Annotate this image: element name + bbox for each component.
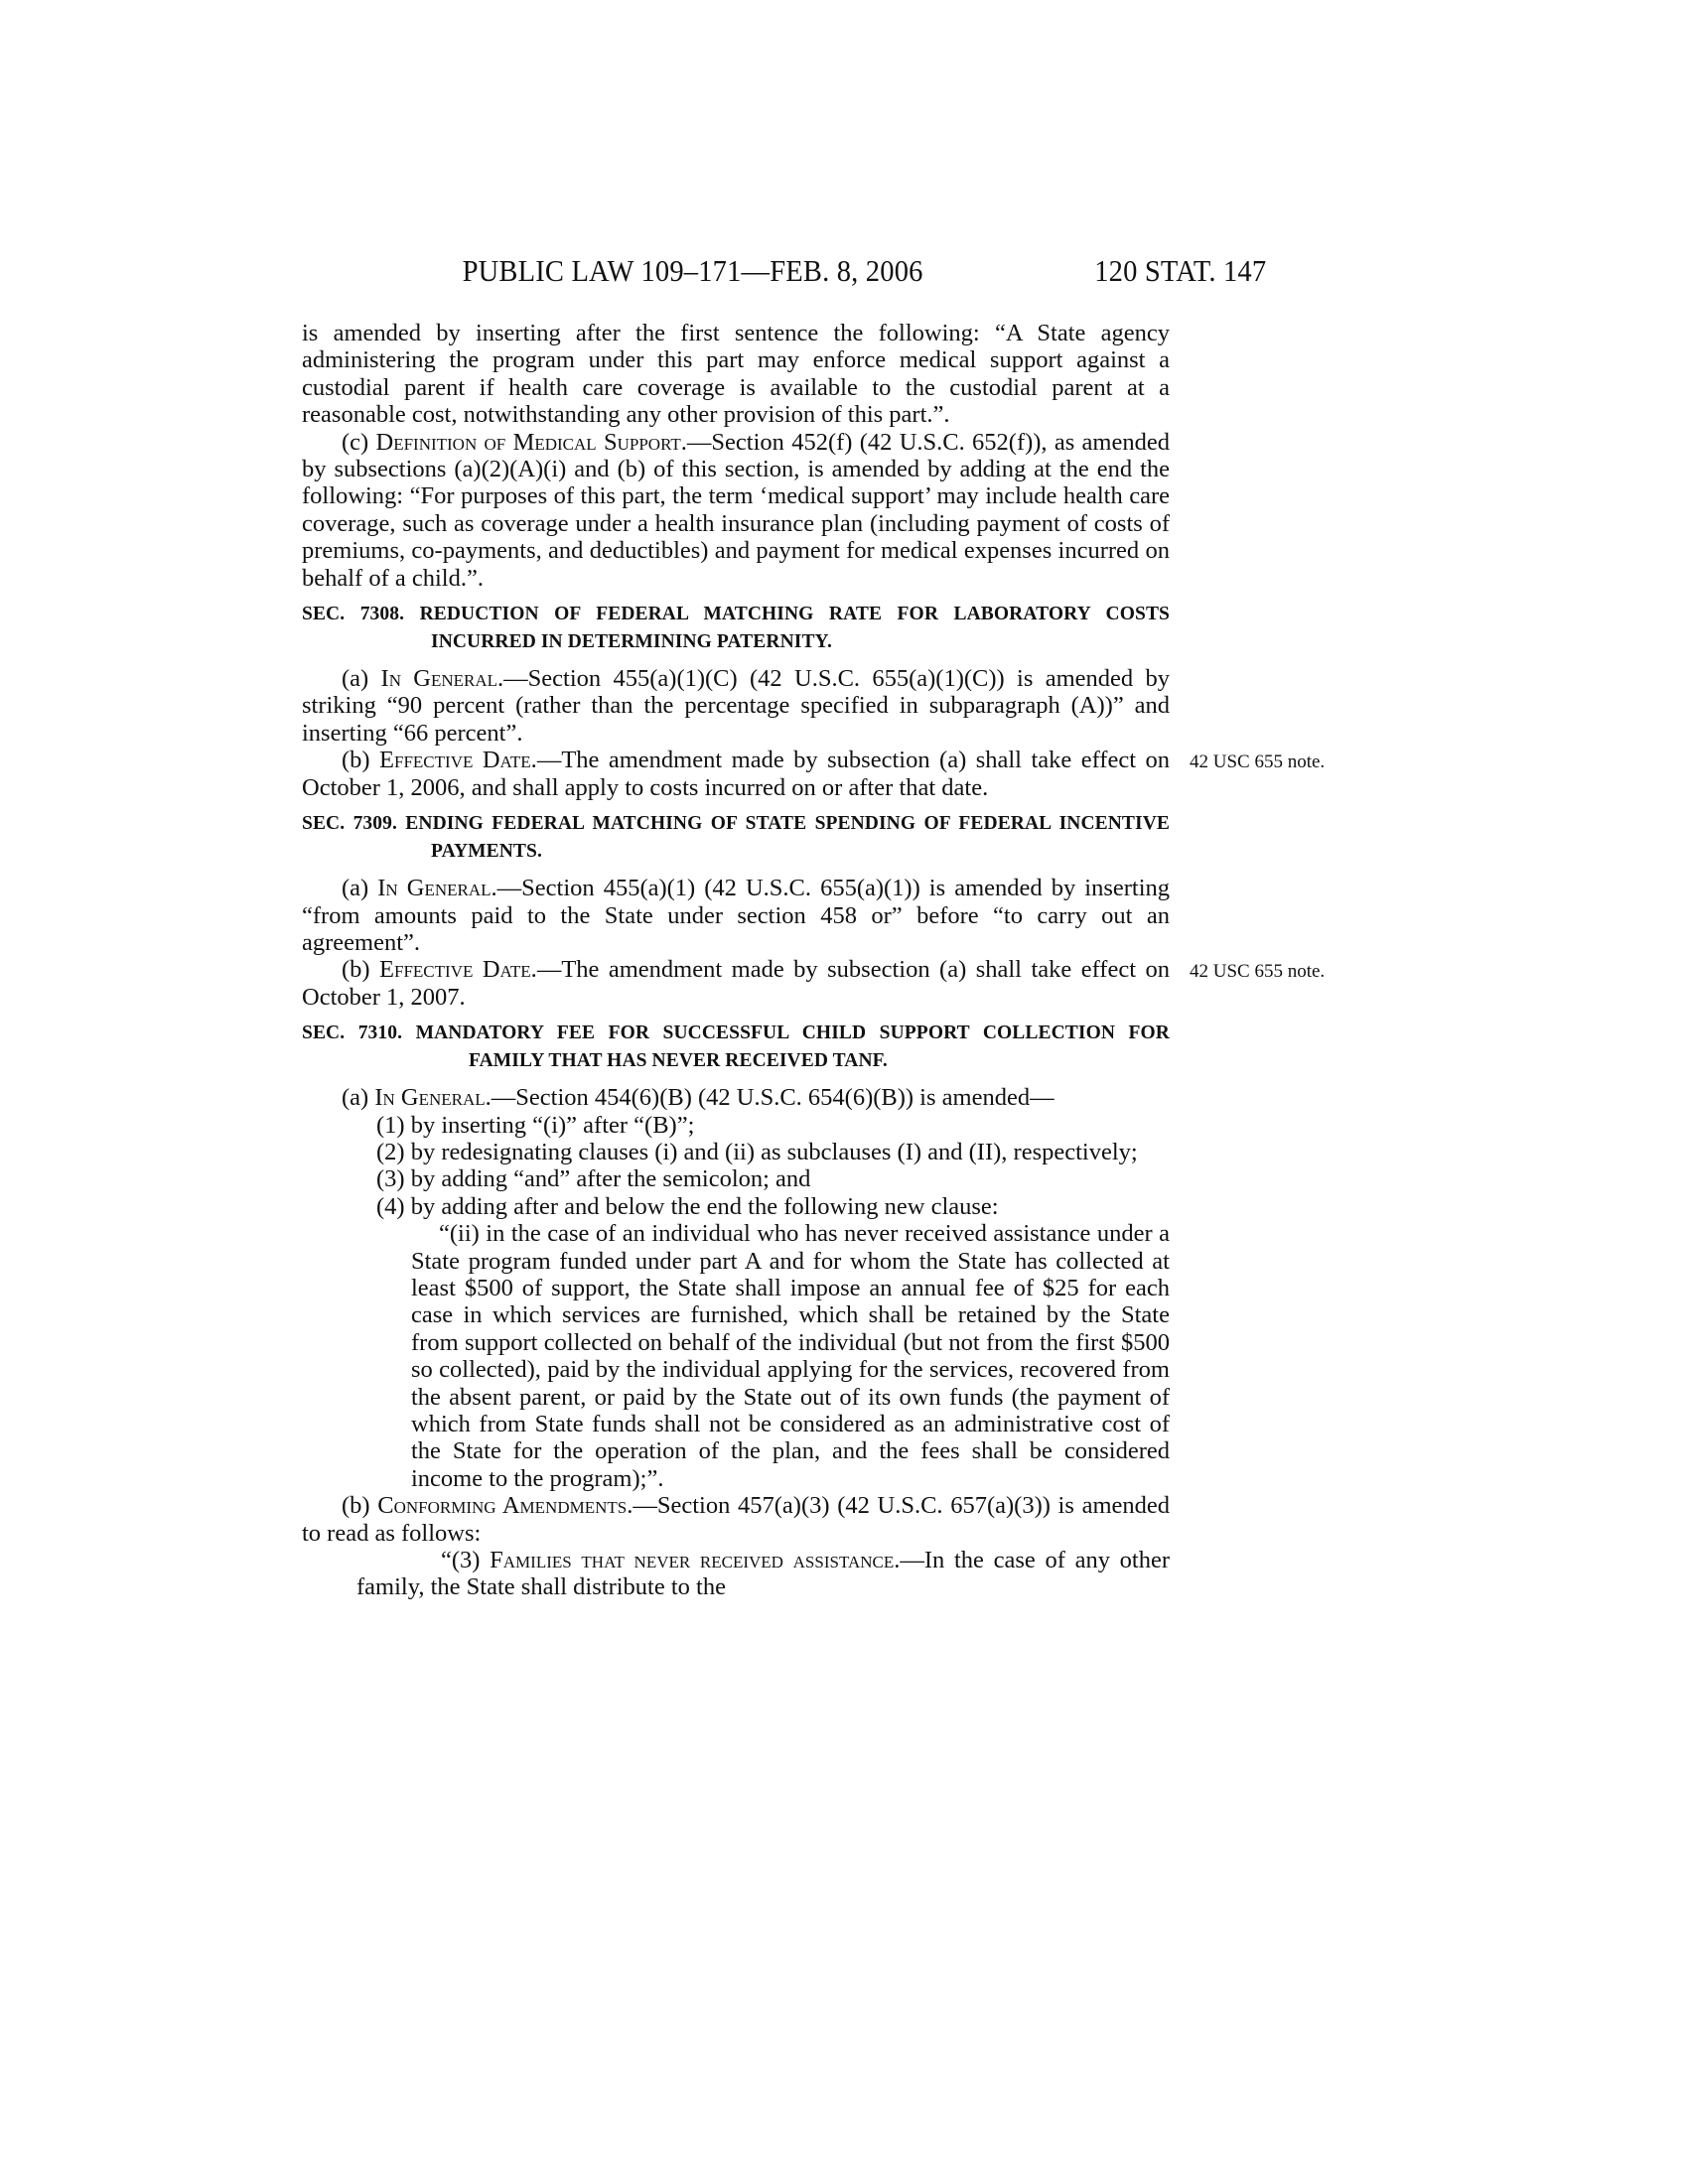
document-body: is amended by inserting after the first …: [302, 320, 1170, 1601]
paragraph-label: “(3): [441, 1547, 490, 1573]
section-heading-7310: SEC. 7310. MANDATORY FEE FOR SUCCESSFUL …: [302, 1020, 1170, 1075]
quoted-clause-ii: “(ii) in the case of an individual who h…: [302, 1220, 1170, 1492]
amendment-item-3: (3) by adding “and” after the semicolon;…: [302, 1165, 1170, 1192]
subsection-heading: Conforming Amendments.: [377, 1492, 633, 1519]
stat-page-number: 120 STAT. 147: [1094, 253, 1266, 289]
subsection-label: (b): [342, 1492, 377, 1519]
sec7310-subsection-a: (a) In General.—Section 454(6)(B) (42 U.…: [302, 1084, 1170, 1111]
subsection-label: (b): [342, 956, 379, 983]
section-heading-7308: SEC. 7308. REDUCTION OF FEDERAL MATCHING…: [302, 601, 1170, 656]
subsection-label: (b): [342, 747, 379, 773]
subsection-heading: In General.: [374, 1084, 491, 1111]
subsection-heading: In General.: [381, 665, 504, 692]
subsection-heading: Definition of Medical Support.: [376, 429, 687, 456]
subsection-label: (a): [342, 665, 381, 692]
amendment-item-4: (4) by adding after and below the end th…: [302, 1193, 1170, 1220]
sec7308-subsection-b-row: 42 USC 655 note. (b) Effective Date.—The…: [302, 747, 1170, 801]
amendment-item-2: (2) by redesignating clauses (i) and (ii…: [302, 1139, 1170, 1165]
margin-note: 42 USC 655 note.: [1190, 958, 1325, 985]
amendment-item-1: (1) by inserting “(i)” after “(B)”;: [302, 1112, 1170, 1139]
subsection-heading: In General.: [377, 875, 496, 901]
subsection-heading: Effective Date.: [379, 956, 537, 983]
sec7309-subsection-b-row: 42 USC 655 note. (b) Effective Date.—The…: [302, 956, 1170, 1011]
document-page: PUBLIC LAW 109–171—FEB. 8, 2006 120 STAT…: [0, 0, 1688, 2184]
margin-note: 42 USC 655 note.: [1190, 749, 1325, 775]
paragraph-heading: Families that never received assistance.: [490, 1547, 900, 1573]
subsection-text: —Section 454(6)(B) (42 U.S.C. 654(6)(B))…: [492, 1084, 1055, 1111]
law-title: PUBLIC LAW 109–171—FEB. 8, 2006: [463, 253, 923, 289]
running-header: PUBLIC LAW 109–171—FEB. 8, 2006 120 STAT…: [298, 253, 1303, 293]
sec7309-subsection-b: (b) Effective Date.—The amendment made b…: [302, 956, 1170, 1011]
sec7308-subsection-b: (b) Effective Date.—The amendment made b…: [302, 747, 1170, 801]
quoted-paragraph-3: “(3) Families that never received assist…: [302, 1547, 1170, 1601]
subsection-heading: Effective Date.: [379, 747, 537, 773]
subsection-label: (c): [342, 429, 376, 456]
subsection-c-definition: (c) Definition of Medical Support.—Secti…: [302, 429, 1170, 592]
section-heading-7309: SEC. 7309. ENDING FEDERAL MATCHING OF ST…: [302, 810, 1170, 866]
sec7308-subsection-a: (a) In General.—Section 455(a)(1)(C) (42…: [302, 665, 1170, 747]
sec7309-subsection-a: (a) In General.—Section 455(a)(1) (42 U.…: [302, 875, 1170, 956]
sec7310-subsection-b: (b) Conforming Amendments.—Section 457(a…: [302, 1492, 1170, 1547]
subsection-label: (a): [342, 1084, 374, 1111]
subsection-label: (a): [342, 875, 377, 901]
intro-paragraph: is amended by inserting after the first …: [302, 320, 1170, 429]
